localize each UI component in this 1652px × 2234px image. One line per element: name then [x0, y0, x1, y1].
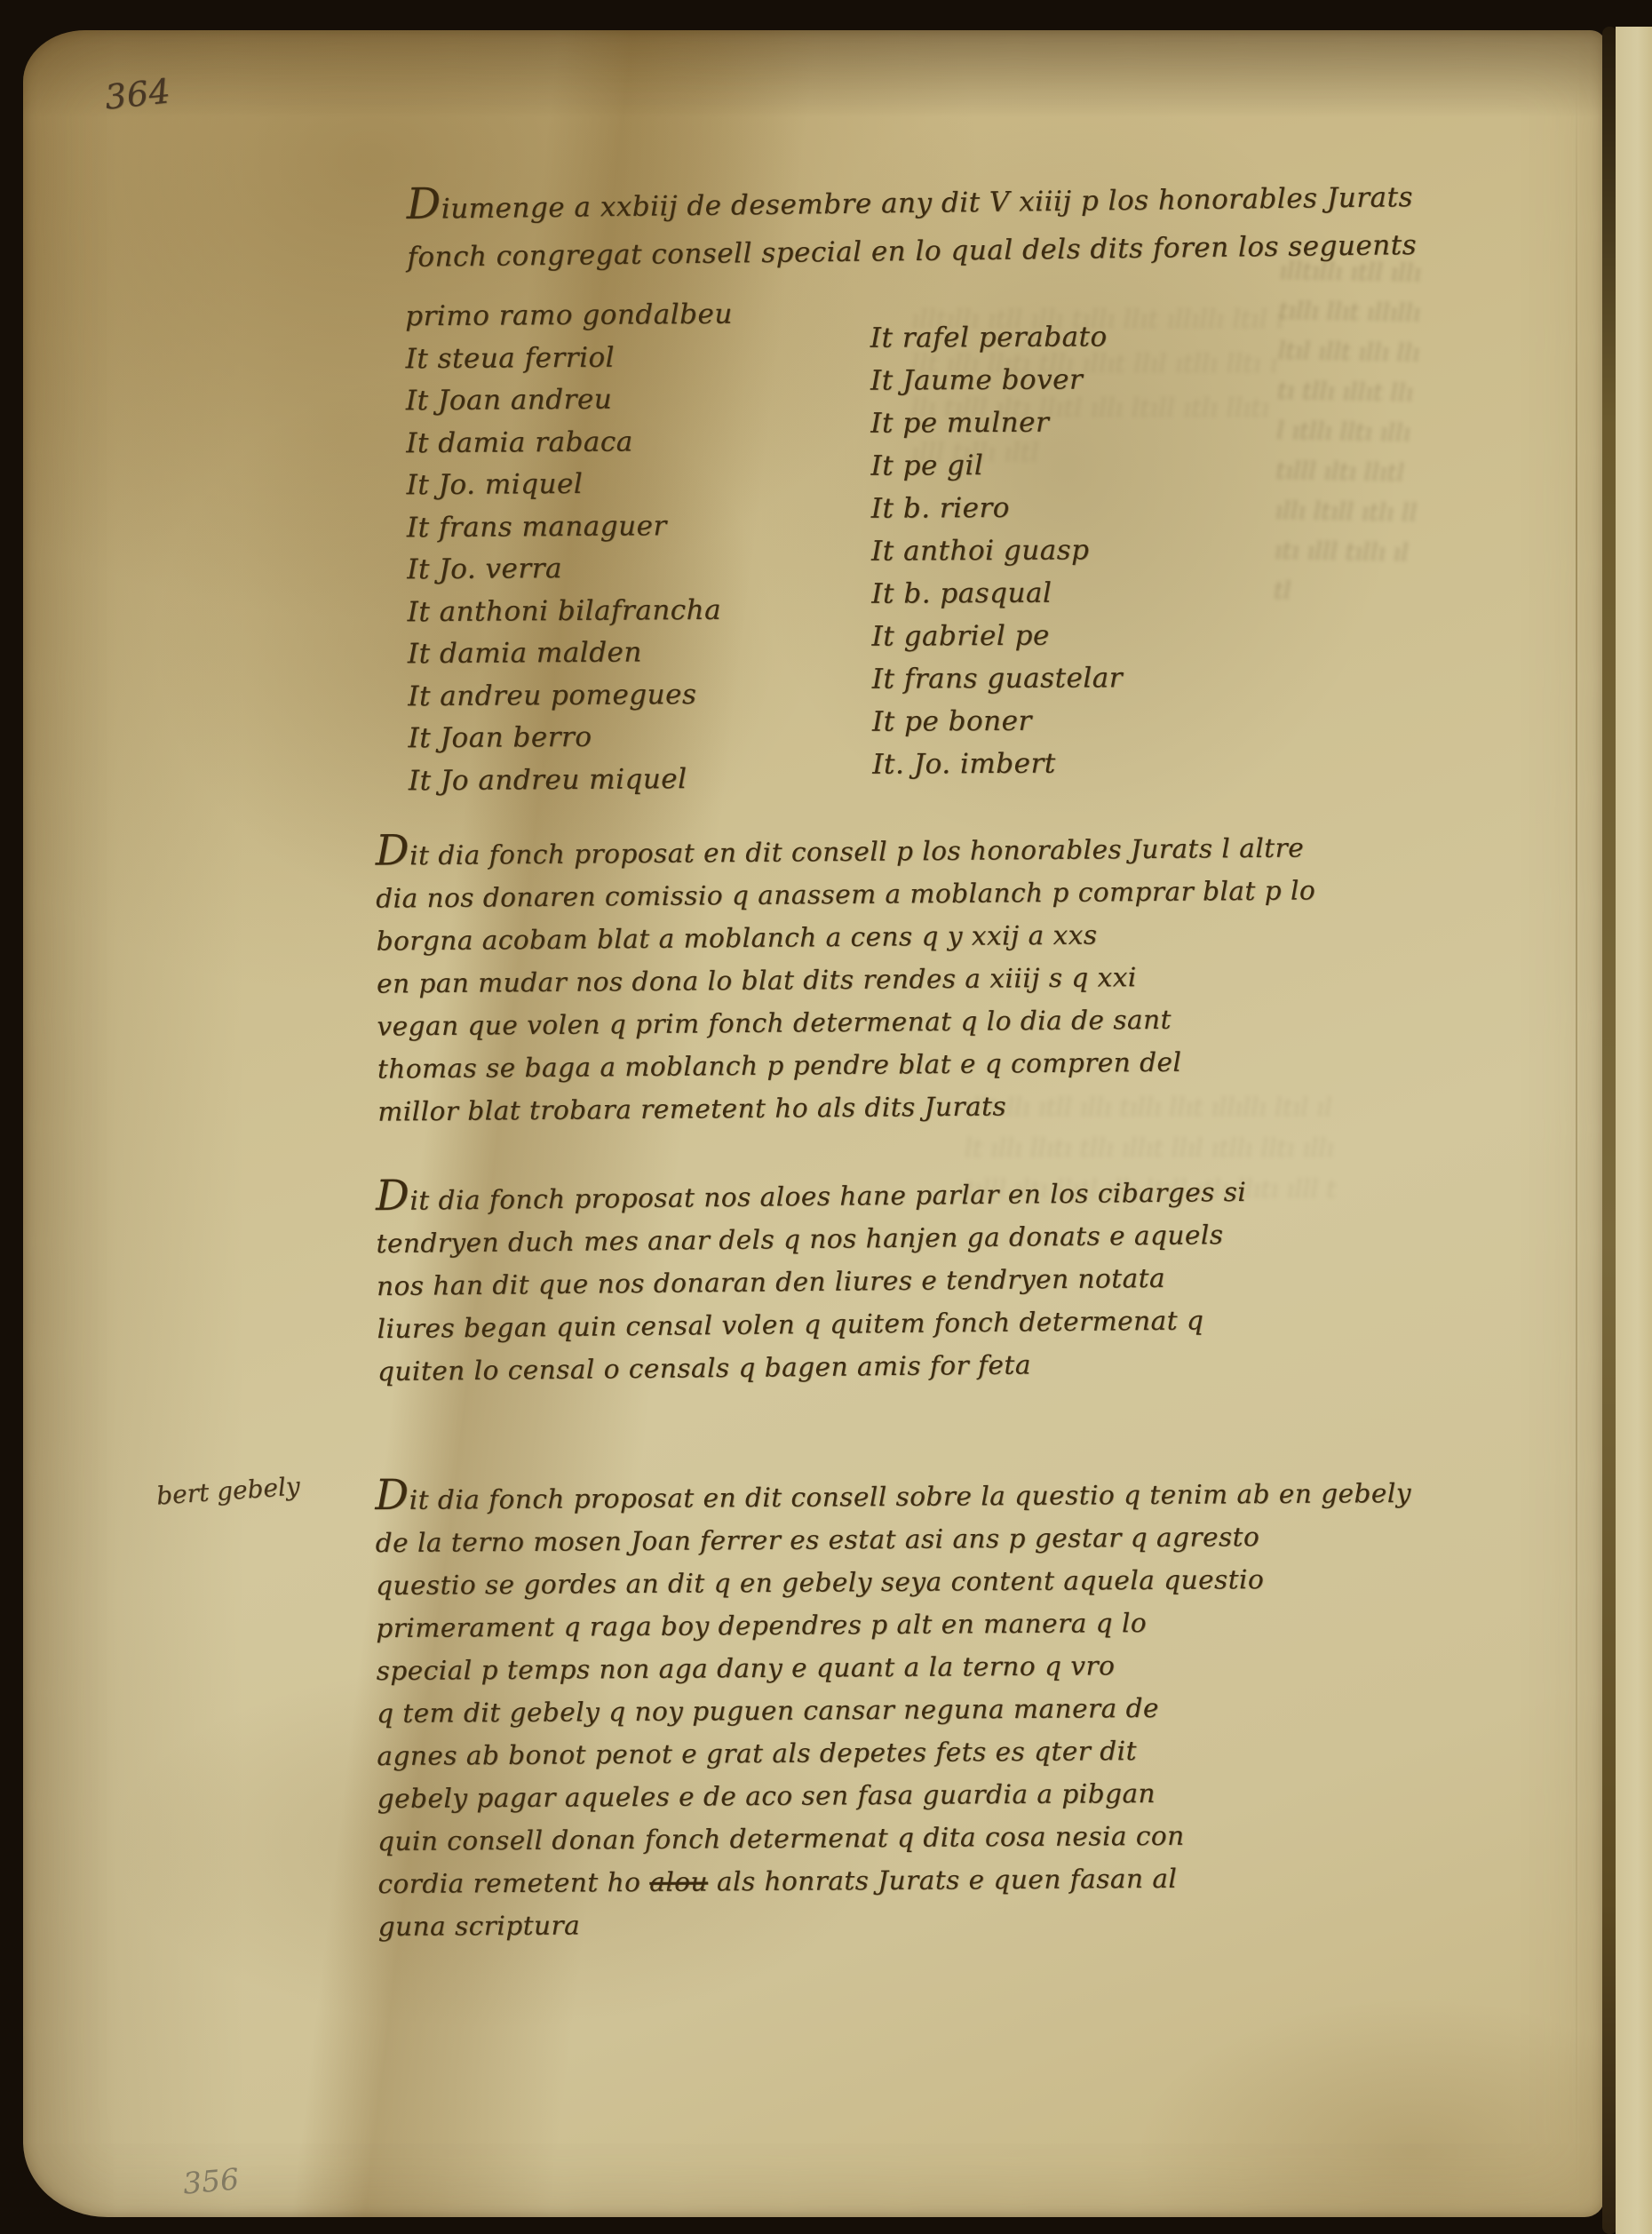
- attendee-name: It pe mulner: [870, 401, 1122, 444]
- entry-line-with-strikeout: cordia remetent ho alou als honrats Jura…: [377, 1856, 1414, 1905]
- attendee-name: It frans managuer: [407, 505, 735, 549]
- attendee-name: It Jo andreu miquel: [409, 758, 736, 802]
- entry-line-segment: als honrats Jurats e quen fasan al: [708, 1864, 1178, 1897]
- attendee-name: It anthoni bilafrancha: [407, 589, 735, 633]
- attendee-name: It Jo. verra: [407, 547, 735, 592]
- entry-line: questio se gordes an dit q en gebely sey…: [376, 1557, 1412, 1607]
- attendee-name: It. Jo. imbert: [872, 742, 1124, 785]
- folio-number-bottom: 356: [181, 2161, 240, 2200]
- attendee-list-right: It rafel perabato It Jaume bover It pe m…: [870, 315, 1124, 785]
- attendee-name: It pe boner: [872, 699, 1124, 743]
- attendee-name: It rafel perabato: [870, 315, 1122, 359]
- entry-line: Dit dia fonch proposat en dit consell so…: [375, 1467, 1411, 1522]
- attendee-name: It Joan berro: [408, 716, 735, 760]
- attendee-name: It anthoi guasp: [871, 529, 1123, 572]
- entry-line: agnes ab bonot penot e grat als depetes …: [377, 1728, 1413, 1777]
- minute-entry-censal: Dit dia fonch proposat nos aloes hane pa…: [376, 1166, 1249, 1393]
- attendee-name: It Jaume bover: [870, 358, 1122, 401]
- entry-line: thomas se baga a moblanch p pendre blat …: [377, 1039, 1317, 1090]
- attendee-name: It andreu pomegues: [408, 673, 735, 718]
- attendee-name: It pe gil: [870, 443, 1122, 487]
- attendee-name: It damia rabaca: [406, 420, 734, 465]
- entry-line: gebely pagar aqueles e de aco sen fasa g…: [377, 1770, 1414, 1820]
- entry-line: q tem dit gebely q noy puguen cansar neg…: [377, 1685, 1413, 1735]
- attendee-name: It b. riero: [871, 486, 1123, 529]
- struck-word: alou: [649, 1866, 708, 1896]
- attendee-name: It steua ferriol: [405, 336, 733, 380]
- entry-line: millor blat trobara remetent ho als dits…: [377, 1082, 1317, 1133]
- page-crease: [1576, 83, 1577, 2198]
- entry-line: special p temps non aga dany e quant a l…: [377, 1642, 1413, 1692]
- attendee-name: It Jo. miquel: [406, 463, 734, 507]
- attendee-name: It b. pasqual: [871, 571, 1123, 615]
- entry-line: Dit dia fonch proposat en dit consell p …: [376, 822, 1315, 877]
- attendee-name: It gabriel pe: [871, 614, 1123, 657]
- entry-line: liures began quin censal volen q quitem …: [377, 1299, 1248, 1350]
- entry-line: quiten lo censal o censals q bagen amis …: [377, 1341, 1249, 1393]
- manuscript-page: 364 ılltıllı ıtll ıllı tıllı llıt ıllıll…: [23, 30, 1604, 2217]
- attendee-name: It frans guastelar: [872, 656, 1124, 700]
- margin-note: bert gebely: [155, 1471, 301, 1510]
- folio-number-top: 364: [103, 71, 172, 116]
- entry-line: quin consell donan fonch determenat q di…: [377, 1813, 1414, 1863]
- attendee-list-left: primo ramo gondalbeu It steua ferriol It…: [405, 294, 736, 803]
- session-heading: Diumenge a xxbiij de desembre any dit V …: [406, 168, 1417, 282]
- entry-line: primerament q raga boy dependres p alt e…: [376, 1600, 1412, 1650]
- attendee-name: It damia malden: [408, 632, 735, 676]
- entry-line: guna scriptura: [378, 1898, 1415, 1948]
- minute-entry-wheat-purchase: Dit dia fonch proposat en dit consell p …: [376, 822, 1318, 1133]
- attendee-name: primo ramo gondalbeu: [405, 294, 733, 338]
- entry-line: dia nos donaren comissio q anassem a mob…: [376, 869, 1315, 919]
- entry-line: de la terno mosen Joan ferrer es estat a…: [376, 1515, 1412, 1564]
- next-folio-edge: [1616, 27, 1652, 2234]
- minute-entry-gebely-dispute: Dit dia fonch proposat en dit consell so…: [375, 1467, 1414, 1948]
- attendee-name: It Joan andreu: [406, 378, 734, 423]
- entry-line-segment: cordia remetent ho: [377, 1867, 649, 1899]
